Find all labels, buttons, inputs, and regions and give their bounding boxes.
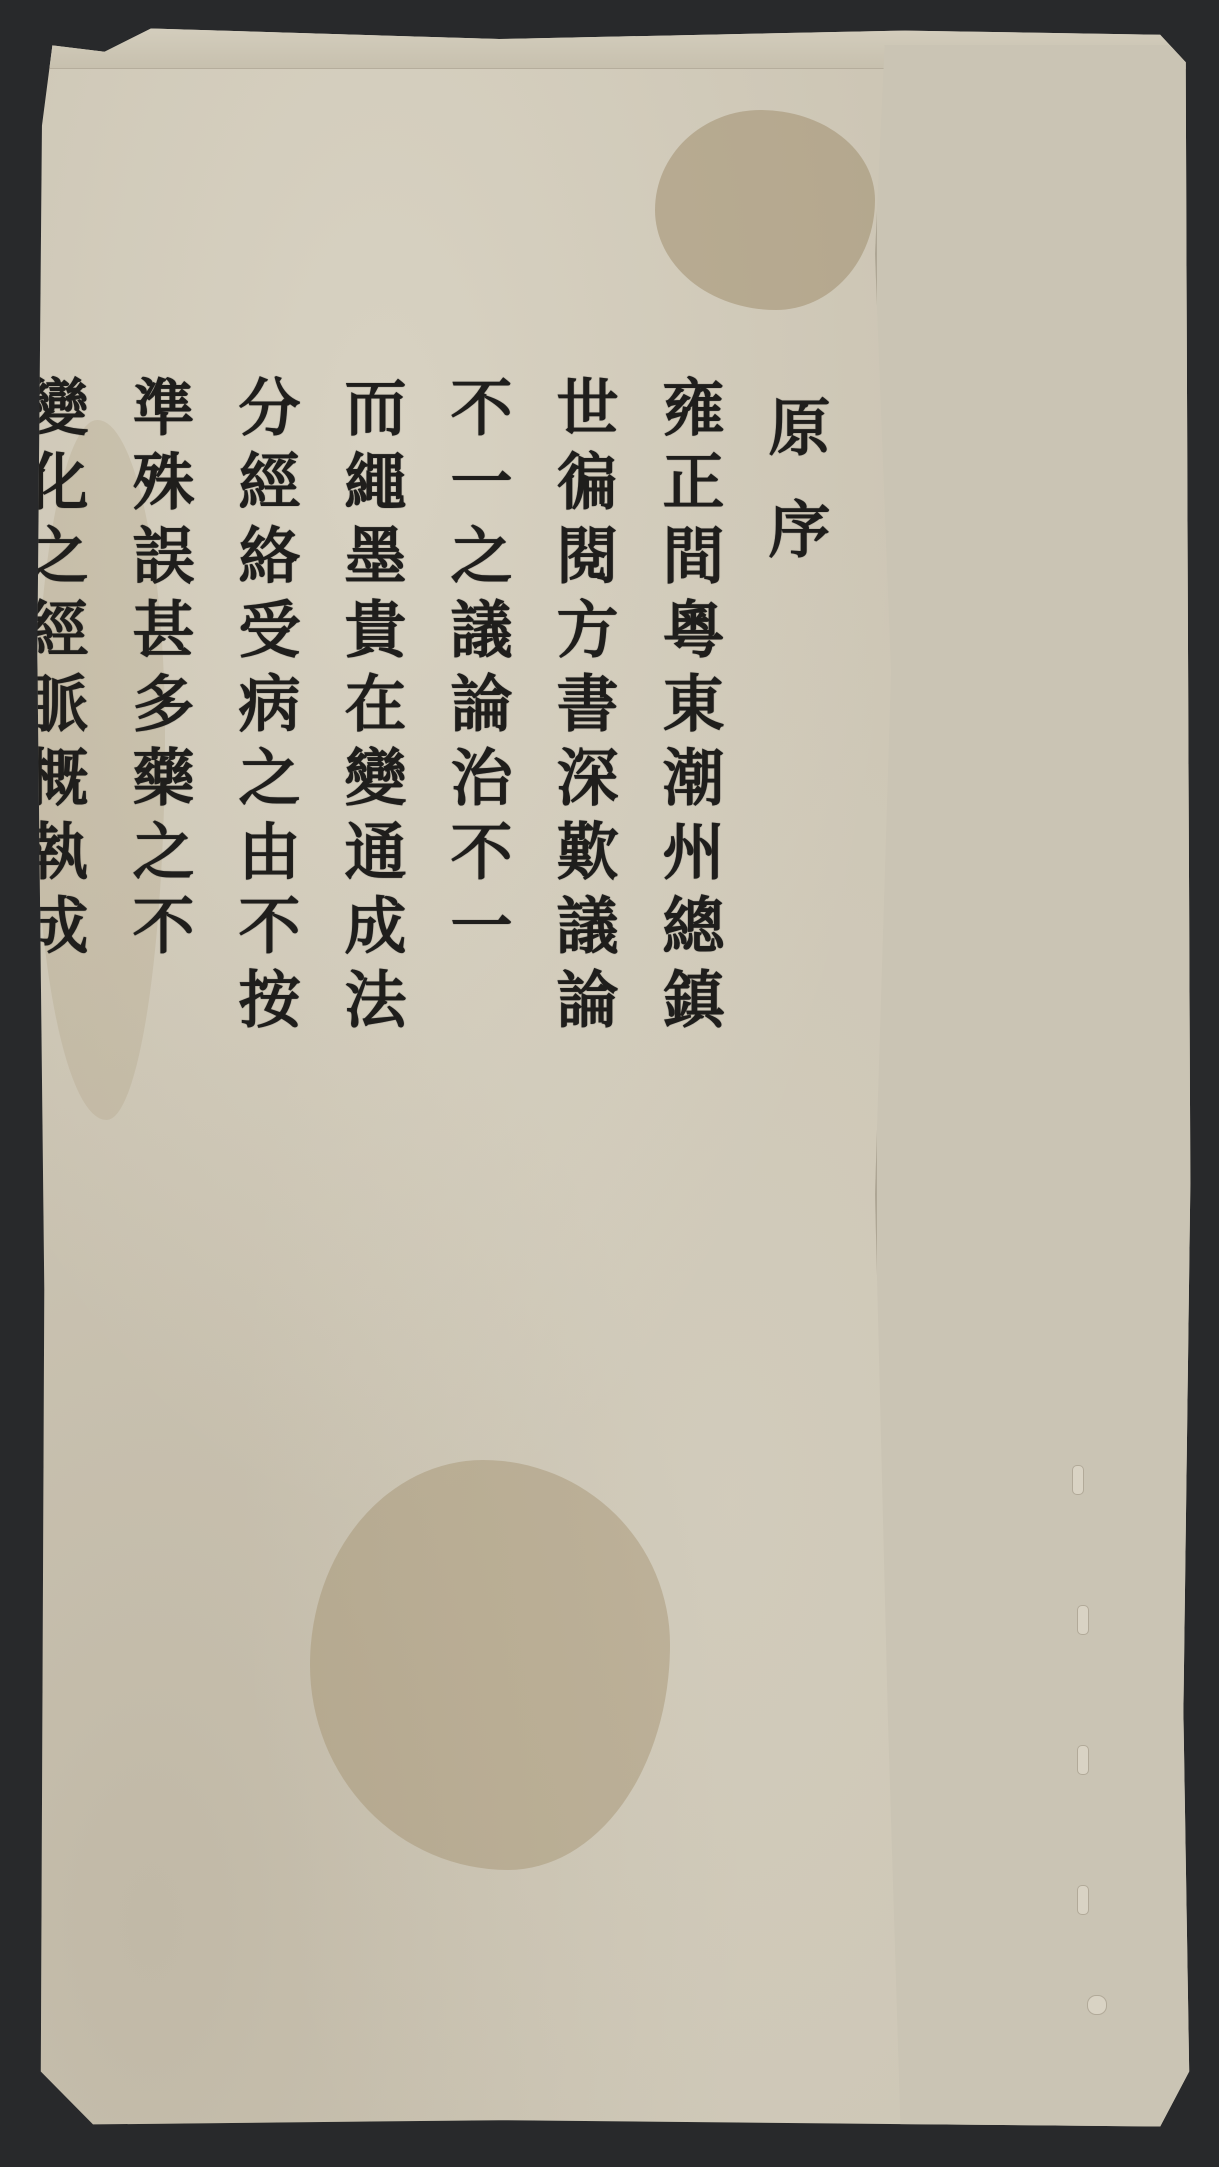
water-stain-top <box>655 110 875 310</box>
text-column-3: 不一之議論治不一 <box>445 375 507 1041</box>
text-column-1: 雍正間粵東潮州總鎮 <box>657 375 719 1041</box>
binding-stitch <box>1077 1605 1089 1635</box>
binding-hole <box>1087 1995 1107 2015</box>
water-stain-bottom <box>310 1460 670 1870</box>
manuscript-page: 原序 雍正間粵東潮州總鎮 世徧閱方書深歎議論 不一之議論治不一 而繩墨貴在變通成… <box>35 20 1195 2135</box>
vertical-text-block: 原序 雍正間粵東潮州總鎮 世徧閱方書深歎議論 不一之議論治不一 而繩墨貴在變通成… <box>21 375 825 1041</box>
binding-stitch <box>1077 1745 1089 1775</box>
overlapping-paper-flap <box>875 45 1197 2135</box>
text-column-4: 而繩墨貴在變通成法 <box>339 375 401 1041</box>
text-column-6: 準殊誤甚多藥之不 <box>127 375 189 1041</box>
text-column-7: 變化之經脈概執成 <box>21 375 83 1041</box>
text-column-5: 分經絡受病之由不按 <box>233 375 295 1041</box>
preface-title: 原序 <box>763 395 825 1041</box>
binding-stitch <box>1077 1885 1089 1915</box>
text-column-2: 世徧閱方書深歎議論 <box>551 375 613 1041</box>
scan-background: 原序 雍正間粵東潮州總鎮 世徧閱方書深歎議論 不一之議論治不一 而繩墨貴在變通成… <box>0 0 1219 2167</box>
binding-stitch <box>1072 1465 1084 1495</box>
